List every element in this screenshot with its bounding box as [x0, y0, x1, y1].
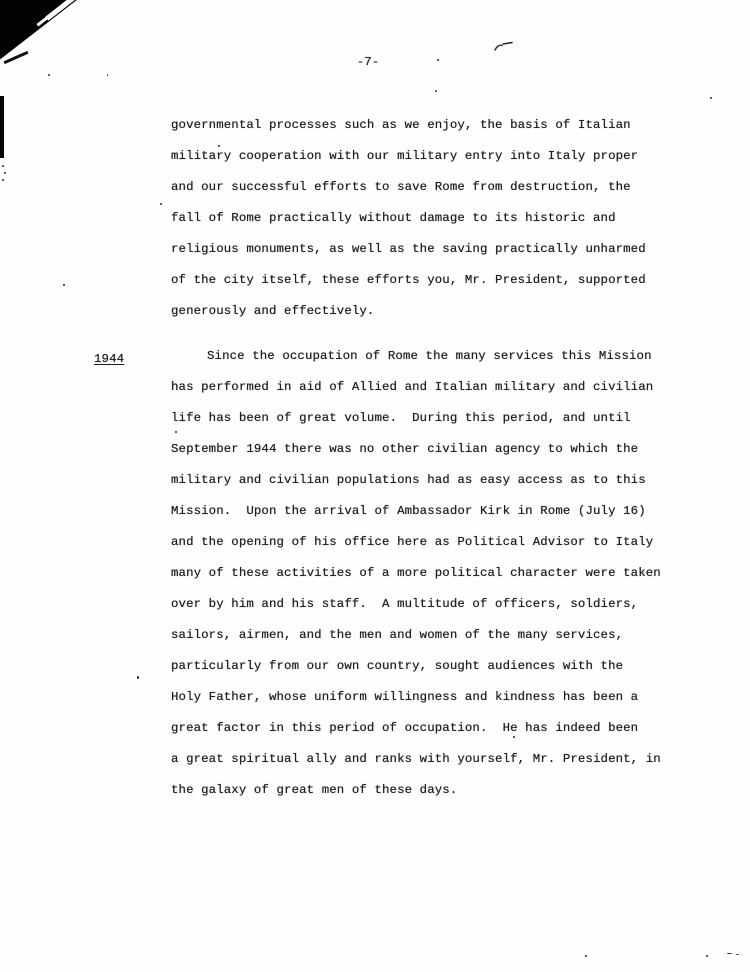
scan-speckle [435, 90, 437, 92]
page-number: -7- [338, 47, 398, 78]
text-line: September 1944 there was no other civili… [171, 434, 691, 465]
text-line: a great spiritual ally and ranks with yo… [171, 744, 691, 775]
text-line: life has been of great volume. During th… [171, 403, 691, 434]
corner-tear-streak [45, 0, 84, 21]
text-line: and our successful efforts to save Rome … [171, 172, 691, 203]
pen-squiggle-mark [492, 39, 518, 53]
text-line: military cooperation with our military e… [171, 141, 691, 172]
margin-year-label: 1944 [94, 344, 124, 375]
scan-speckle [107, 74, 108, 76]
scan-speckle [513, 736, 515, 738]
scan-speckle [710, 97, 712, 99]
text-line: Since the occupation of Rome the many se… [171, 341, 691, 372]
scan-speckle [437, 59, 439, 61]
scan-speckle [218, 145, 220, 147]
text-line: Holy Father, whose uniform willingness a… [171, 682, 691, 713]
scan-speckle [2, 165, 4, 167]
text-line: generously and effectively. [171, 296, 691, 327]
text-line: the galaxy of great men of these days. [171, 775, 691, 806]
text-line: Mission. Upon the arrival of Ambassador … [171, 496, 691, 527]
text-line: many of these activities of a more polit… [171, 558, 691, 589]
text-line: fall of Rome practically without damage … [171, 203, 691, 234]
text-line: over by him and his staff. A multitude o… [171, 589, 691, 620]
text-line: religious monuments, as well as the savi… [171, 234, 691, 265]
scan-speckle [736, 954, 739, 955]
scan-speckle [706, 955, 708, 957]
text-line: and the opening of his office here as Po… [171, 527, 691, 558]
text-line: particularly from our own country, sough… [171, 651, 691, 682]
scan-speckle [2, 179, 4, 181]
scan-speckle [160, 203, 162, 205]
text-line: great factor in this period of occupatio… [171, 713, 691, 744]
scan-corner-artifact [0, 0, 80, 62]
scan-edge-artifact [0, 96, 4, 158]
text-line: of the city itself, these efforts you, M… [171, 265, 691, 296]
text-line: military and civilian populations had as… [171, 465, 691, 496]
text-line: governmental processes such as we enjoy,… [171, 110, 691, 141]
scan-speckle [727, 953, 732, 954]
scan-speckle [48, 74, 50, 76]
document-page: -7- 1944 governmental processes such as … [0, 0, 750, 972]
text-line: sailors, airmen, and the men and women o… [171, 620, 691, 651]
scan-speckle [4, 172, 6, 174]
scan-speckle [137, 676, 139, 679]
paragraph-mission-services: Since the occupation of Rome the many se… [171, 341, 691, 806]
corner-tear-streak [36, 4, 63, 26]
text-line: has performed in aid of Allied and Itali… [171, 372, 691, 403]
scan-speckle [175, 431, 177, 433]
scan-speckle [63, 284, 65, 286]
scan-speckle [585, 955, 587, 957]
paragraph-rome-efforts: governmental processes such as we enjoy,… [171, 110, 691, 327]
